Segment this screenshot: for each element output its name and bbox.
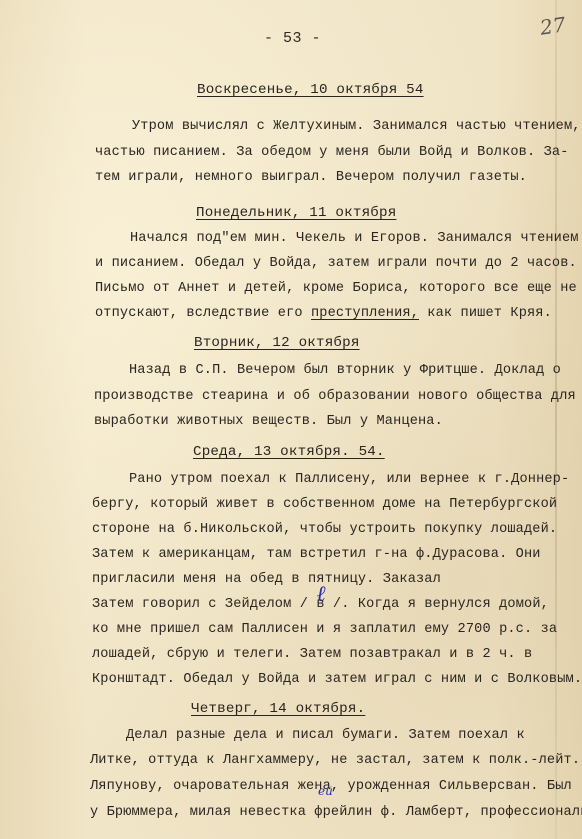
entry-line: бергу, который живет в собственном доме … [92, 497, 557, 512]
entry-line: отпускают, вследствие его преступления, … [95, 306, 552, 321]
entry-line: Затем к американцам, там встретил г-на ф… [92, 547, 541, 562]
handwritten-correction: ей [318, 784, 333, 798]
entry-line: Письмо от Аннет и детей, кроме Бориса, к… [95, 281, 577, 296]
handwritten-correction: ℓ [316, 581, 325, 607]
entry-line: Начался под"ем мин. Чекель и Егоров. Зан… [130, 231, 579, 246]
entry-line: и писанием. Обедал у Войда, затем играли… [95, 256, 577, 271]
entry-line-part: отпускают, вследствие его [95, 306, 311, 321]
entry-line: производстве стеарина и об образовании н… [94, 389, 576, 404]
entry-line: Делал разные дела и писал бумаги. Затем … [126, 728, 525, 743]
underlined-word: преступления, [311, 306, 419, 321]
entry-line: Утром вычислял с Желтухиным. Занимался ч… [132, 119, 581, 134]
entry-line: тем играли, немного выиграл. Вечером пол… [95, 170, 527, 185]
entry-line-part: как пишет Кряя. [419, 306, 552, 321]
entry-line: у Брюммера, милая невестка фрейлин ф. Ла… [90, 805, 582, 820]
entry-heading-monday: Понедельник, 11 октября [196, 205, 396, 221]
entry-line: Кронштадт. Обедал у Войда и затем играл … [92, 672, 582, 687]
entry-line-part: Затем говорил с Зейделом / [92, 597, 316, 612]
entry-heading-wednesday: Среда, 13 октября. 54. [193, 444, 385, 460]
entry-line: Затем говорил с Зейделом / вℓ /. Когда я… [92, 597, 549, 612]
page-number: - 53 - [264, 30, 321, 47]
entry-line: лошадей, сбрую и телеги. Затем позавтрак… [92, 647, 532, 662]
entry-line: стороне на б.Никольской, чтобы устроить … [92, 522, 557, 537]
entry-heading-tuesday: Вторник, 12 октября [194, 335, 360, 351]
entry-line-part: /. Когда я вернулся домой, [325, 597, 549, 612]
typewritten-page: - 53 - 27 Воскресенье, 10 октября 54 Утр… [0, 0, 582, 839]
struck-letter: вℓ [316, 597, 324, 612]
entry-line: пригласили меня на обед в пятницу. Заказ… [92, 572, 441, 587]
entry-line: Литке, оттуда к Лангхаммеру, не застал, … [90, 753, 580, 768]
entry-line: ко мне пришел сам Паллисен и я заплатил … [92, 622, 557, 637]
entry-line: выработки животных веществ. Был у Манцен… [94, 414, 443, 429]
entry-line: частью писанием. За обедом у меня были В… [95, 145, 569, 160]
entry-heading-thursday: Четверг, 14 октября. [191, 701, 365, 717]
entry-heading-sunday: Воскресенье, 10 октября 54 [197, 82, 424, 98]
entry-line: Назад в С.П. Вечером был вторник у Фритц… [129, 363, 561, 378]
entry-line: Рано утром поехал к Паллисену, или верне… [129, 472, 569, 487]
archive-sheet-number: 27 [538, 12, 567, 39]
